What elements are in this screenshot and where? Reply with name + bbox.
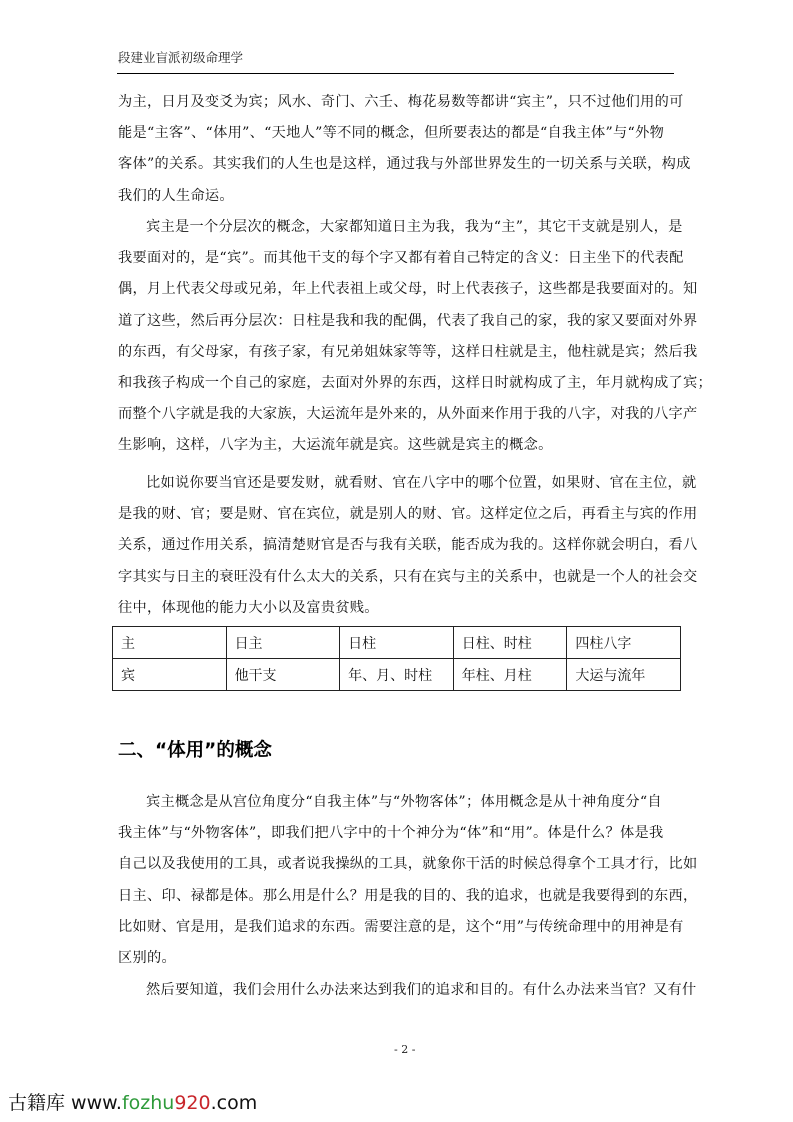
text-line: 客体”的关系。其实我们的人生也是这样，通过我与外部世界发生的一切关系与关联，构成 bbox=[118, 149, 678, 180]
table-cell: 主 bbox=[113, 627, 227, 659]
table-cell: 日主 bbox=[226, 627, 340, 659]
text-line: 日主、印、禄都是体。那么用是什么？用是我的目的、我的追求，也就是我要得到的东西， bbox=[118, 881, 678, 912]
header-rule bbox=[117, 73, 674, 74]
text-line: 比如财、官是用，是我们追求的东西。需要注意的是，这个“用”与传统命理中的用神是有 bbox=[118, 912, 678, 943]
table-cell: 日柱 bbox=[340, 627, 454, 659]
watermark-prefix: 古籍库 www. bbox=[8, 1092, 122, 1114]
table-cell: 宾 bbox=[113, 659, 227, 691]
text-line: 是我的财、官；要是财、官在宾位，就是别人的财、官。这样定位之后，再看主与宾的作用 bbox=[118, 499, 678, 530]
table-cell: 年、月、时柱 bbox=[340, 659, 454, 691]
text-line: 自己以及我使用的工具，或者说我操纵的工具，就象你干活的时候总得拿个工具才行，比如 bbox=[118, 849, 678, 880]
running-header: 段建业盲派初级命理学 bbox=[118, 48, 673, 66]
text-line: 的东西，有父母家，有孩子家，有兄弟姐妹家等等，这样日柱就是主，他柱就是宾；然后我 bbox=[118, 337, 678, 368]
text-line: 字其实与日主的衰旺没有什么太大的关系，只有在宾与主的关系中，也就是一个人的社会交 bbox=[118, 562, 678, 593]
table-cell: 年柱、月柱 bbox=[453, 659, 567, 691]
paragraph-5: 然后要知道，我们会用什么办法来达到我们的追求和目的。有什么办法来当官？又有什 bbox=[118, 975, 678, 1006]
paragraph-4: 宾主概念是从宫位角度分“自我主体”与“外物客体”；体用概念是从十神角度分“自 我… bbox=[118, 787, 678, 974]
text-line: 我要面对的，是“宾”。而其他干支的每个字又都有着自己特定的含义：日主坐下的代表配 bbox=[118, 243, 678, 274]
text-line: 然后要知道，我们会用什么办法来达到我们的追求和目的。有什么办法来当官？又有什 bbox=[118, 975, 678, 1006]
text-line: 我主体”与“外物客体”，即我们把八字中的十个神分为“体”和“用”。体是什么？体是… bbox=[118, 818, 678, 849]
text-line: 我们的人生命运。 bbox=[118, 181, 678, 212]
site-watermark: 古籍库 www.fozhu920.com bbox=[8, 1088, 257, 1115]
watermark-green: fozhu bbox=[122, 1092, 174, 1114]
text-line: 比如说你要当官还是要发财，就看财、官在八字中的哪个位置，如果财、官在主位，就 bbox=[118, 468, 678, 499]
text-line: 偶，月上代表父母或兄弟，年上代表祖上或父母，时上代表孩子，这些都是我要面对的。知 bbox=[118, 274, 678, 305]
table-cell: 他干支 bbox=[226, 659, 340, 691]
table-cell: 日柱、时柱 bbox=[453, 627, 567, 659]
section-heading: 二、“体用”的概念 bbox=[118, 736, 272, 762]
host-guest-table: 主 日主 日柱 日柱、时柱 四柱八字 宾 他干支 年、月、时柱 年柱、月柱 大运… bbox=[112, 626, 681, 691]
text-line: 宾主概念是从宫位角度分“自我主体”与“外物客体”；体用概念是从十神角度分“自 bbox=[118, 787, 678, 818]
page-number: - 2 - bbox=[394, 1043, 415, 1056]
paragraph-1: 为主，日月及变爻为宾；风水、奇门、六壬、梅花易数等都讲“宾主”，只不过他们用的可… bbox=[118, 87, 678, 212]
paragraph-2: 宾主是一个分层次的概念，大家都知道日主为我，我为“主”，其它干支就是别人，是 我… bbox=[118, 212, 678, 462]
text-line: 为主，日月及变爻为宾；风水、奇门、六壬、梅花易数等都讲“宾主”，只不过他们用的可 bbox=[118, 87, 678, 118]
text-line: 生影响，这样，八字为主，大运流年就是宾。这些就是宾主的概念。 bbox=[118, 430, 678, 461]
text-line: 和我孩子构成一个自己的家庭，去面对外界的东西，这样日时就构成了主，年月就构成了宾… bbox=[118, 368, 678, 399]
table-row: 宾 他干支 年、月、时柱 年柱、月柱 大运与流年 bbox=[113, 659, 681, 691]
paragraph-3: 比如说你要当官还是要发财，就看财、官在八字中的哪个位置，如果财、官在主位，就 是… bbox=[118, 468, 678, 624]
text-line: 区别的。 bbox=[118, 943, 678, 974]
text-line: 宾主是一个分层次的概念，大家都知道日主为我，我为“主”，其它干支就是别人，是 bbox=[118, 212, 678, 243]
text-line: 关系，通过作用关系，搞清楚财官是否与我有关联，能否成为我的。这样你就会明白，看八 bbox=[118, 530, 678, 561]
text-line: 往中，体现他的能力大小以及富贵贫贱。 bbox=[118, 593, 678, 624]
watermark-red: 920 bbox=[174, 1092, 210, 1114]
text-line: 道了这些，然后再分层次：日柱是我和我的配偶，代表了我自己的家，我的家又要面对外界 bbox=[118, 306, 678, 337]
text-line: 能是“主客”、“体用”、“天地人”等不同的概念，但所要表达的都是“自我主体”与“… bbox=[118, 118, 678, 149]
table-row: 主 日主 日柱 日柱、时柱 四柱八字 bbox=[113, 627, 681, 659]
table-cell: 四柱八字 bbox=[567, 627, 681, 659]
text-line: 而整个八字就是我的大家族，大运流年是外来的，从外面来作用于我的八字，对我的八字产 bbox=[118, 399, 678, 430]
table-cell: 大运与流年 bbox=[567, 659, 681, 691]
watermark-suffix: .com bbox=[211, 1092, 258, 1114]
